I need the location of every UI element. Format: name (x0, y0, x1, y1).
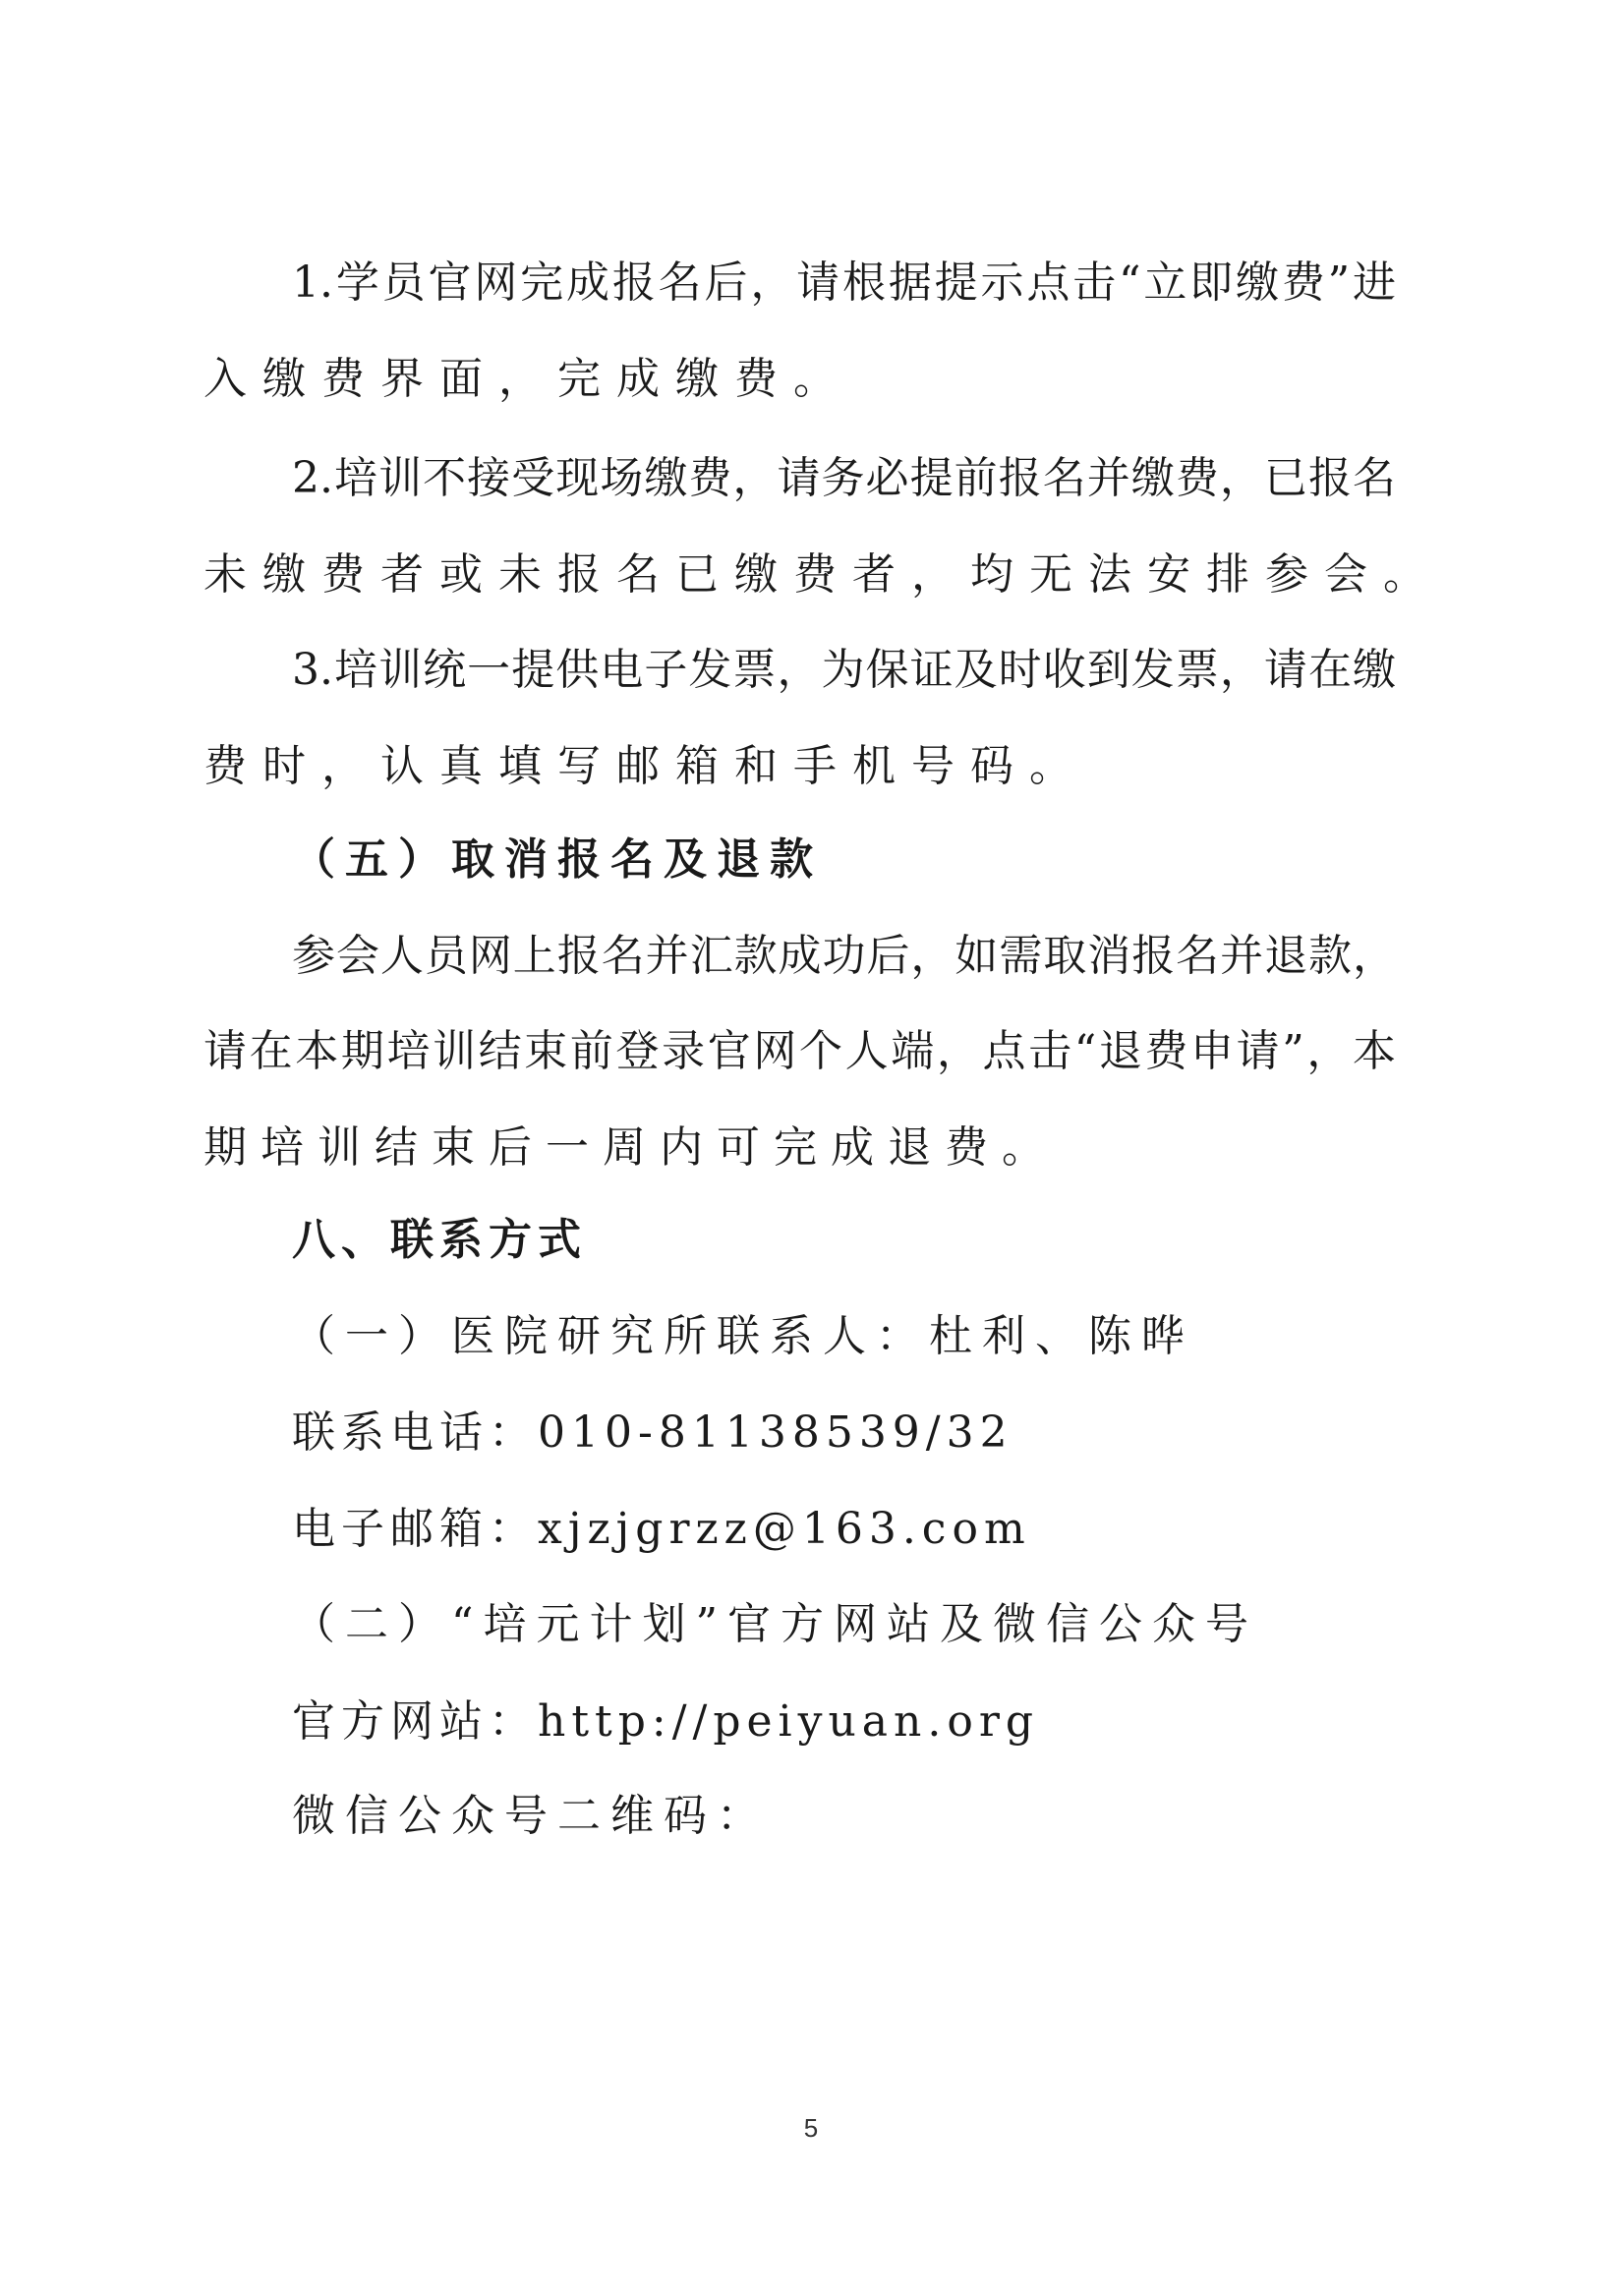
payment-item-2-line2: 未缴费者或未报名已缴费者，均无法安排参会。 (203, 545, 1396, 604)
wechat-qr-label: 微信公众号二维码： (292, 1787, 1396, 1846)
payment-item-1-line2: 入缴费界面，完成缴费。 (203, 350, 1396, 409)
payment-item-3-line1: 3.培训统一提供电子发票，为保证及时收到发票，请在缴 (292, 641, 1396, 700)
payment-item-2-line1: 2.培训不接受现场缴费，请务必提前报名并缴费，已报名 (292, 449, 1396, 508)
page-number: 5 (796, 2113, 826, 2144)
official-website: 官方网站：http://peiyuan.org (292, 1693, 1396, 1751)
payment-item-1-line1: 1.学员官网完成报名后，请根据提示点击“立即缴费”进 (292, 254, 1396, 313)
contact-phone: 联系电话：010-81138539/32 (292, 1404, 1396, 1463)
refund-line-1: 参会人员网上报名并汇款成功后，如需取消报名并退款， (292, 927, 1396, 986)
official-channels-heading: （二）“培元计划”官方网站及微信公众号 (292, 1595, 1396, 1654)
payment-item-3-line2: 费时，认真填写邮箱和手机号码。 (203, 737, 1396, 796)
refund-line-3: 期培训结束后一周内可完成退费。 (203, 1119, 1396, 1177)
contact-section-heading: 八、联系方式 (292, 1211, 1396, 1270)
contact-email: 电子邮箱：xjzjgrzz@163.com (292, 1500, 1396, 1559)
hospital-contact: （一）医院研究所联系人：杜利、陈晔 (292, 1307, 1396, 1366)
refund-section-heading: （五）取消报名及退款 (292, 831, 1396, 890)
refund-line-2: 请在本期培训结束前登录官网个人端，点击“退费申请”，本 (203, 1022, 1396, 1081)
